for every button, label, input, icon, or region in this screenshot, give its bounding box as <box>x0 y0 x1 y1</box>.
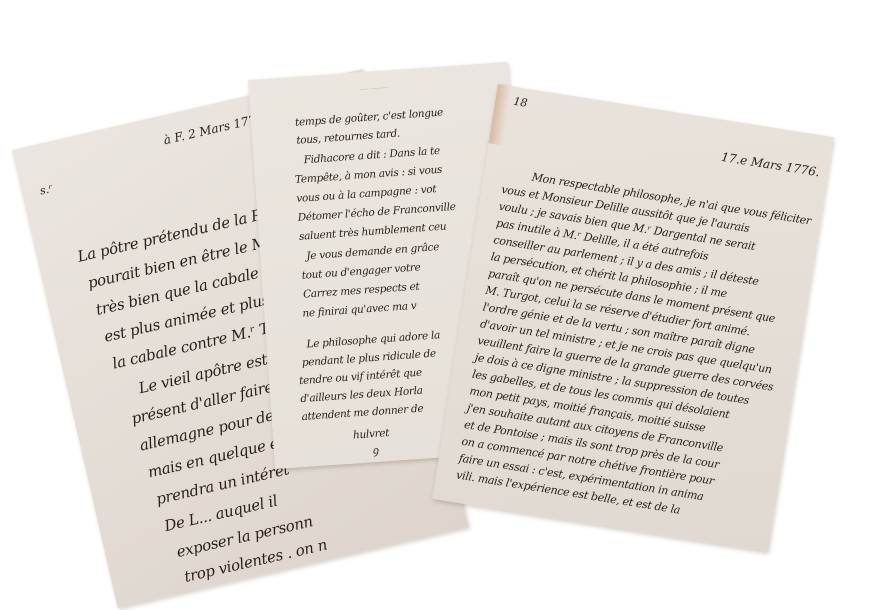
text-line: d'ailleurs les deux Horla <box>300 385 423 406</box>
text-line: Le philosophe qui adore la <box>306 329 440 350</box>
bleed-through-text: ——— <box>359 82 390 95</box>
corner-mark: s.ʳ <box>39 182 55 198</box>
letter-date: 17.e Mars 1776. <box>720 150 820 179</box>
signature: hulvret <box>353 427 390 441</box>
text-line: tout ou d'engager votre <box>301 261 421 281</box>
text-line: Carrez mes respects et <box>303 281 420 301</box>
text-line: Je vous demande en grâce <box>306 241 439 262</box>
text-line: Détomer l'écho de Franconville <box>297 201 456 224</box>
text-line: pendant le plus ridicule de <box>301 348 436 369</box>
text-line: tendre ou vif intérêt que <box>299 367 423 388</box>
text-line: tous, retournes tard. <box>296 128 400 147</box>
letter-body: temps de goûter, c'est longue tous, reto… <box>248 62 507 80</box>
text-line: vous ou à la campagne : vot <box>296 183 437 205</box>
text-line: Fidhacore a dit : Dans la te <box>303 145 440 166</box>
letter-sheet-right: 18 17.e Mars 1776. Mon respectable philo… <box>432 84 834 552</box>
text-line: ne finirai qu'avec ma v <box>302 300 417 320</box>
letter-body: Mon respectable philosophe, je n'ai que … <box>498 84 834 137</box>
text-line: attendent me donner de <box>301 403 423 423</box>
text-line: temps de goûter, c'est longue <box>295 106 444 128</box>
text-line: Tempête, à mon avis : si vous <box>295 164 443 186</box>
folio-number: 18 <box>512 95 528 110</box>
manuscript-photo: à F. 2 Mars 1776. s.ʳ La pôtre prétendu … <box>0 0 874 610</box>
text-line: saluent très humblement ceu <box>299 221 447 243</box>
paraph-mark: ꝯ <box>372 444 379 458</box>
